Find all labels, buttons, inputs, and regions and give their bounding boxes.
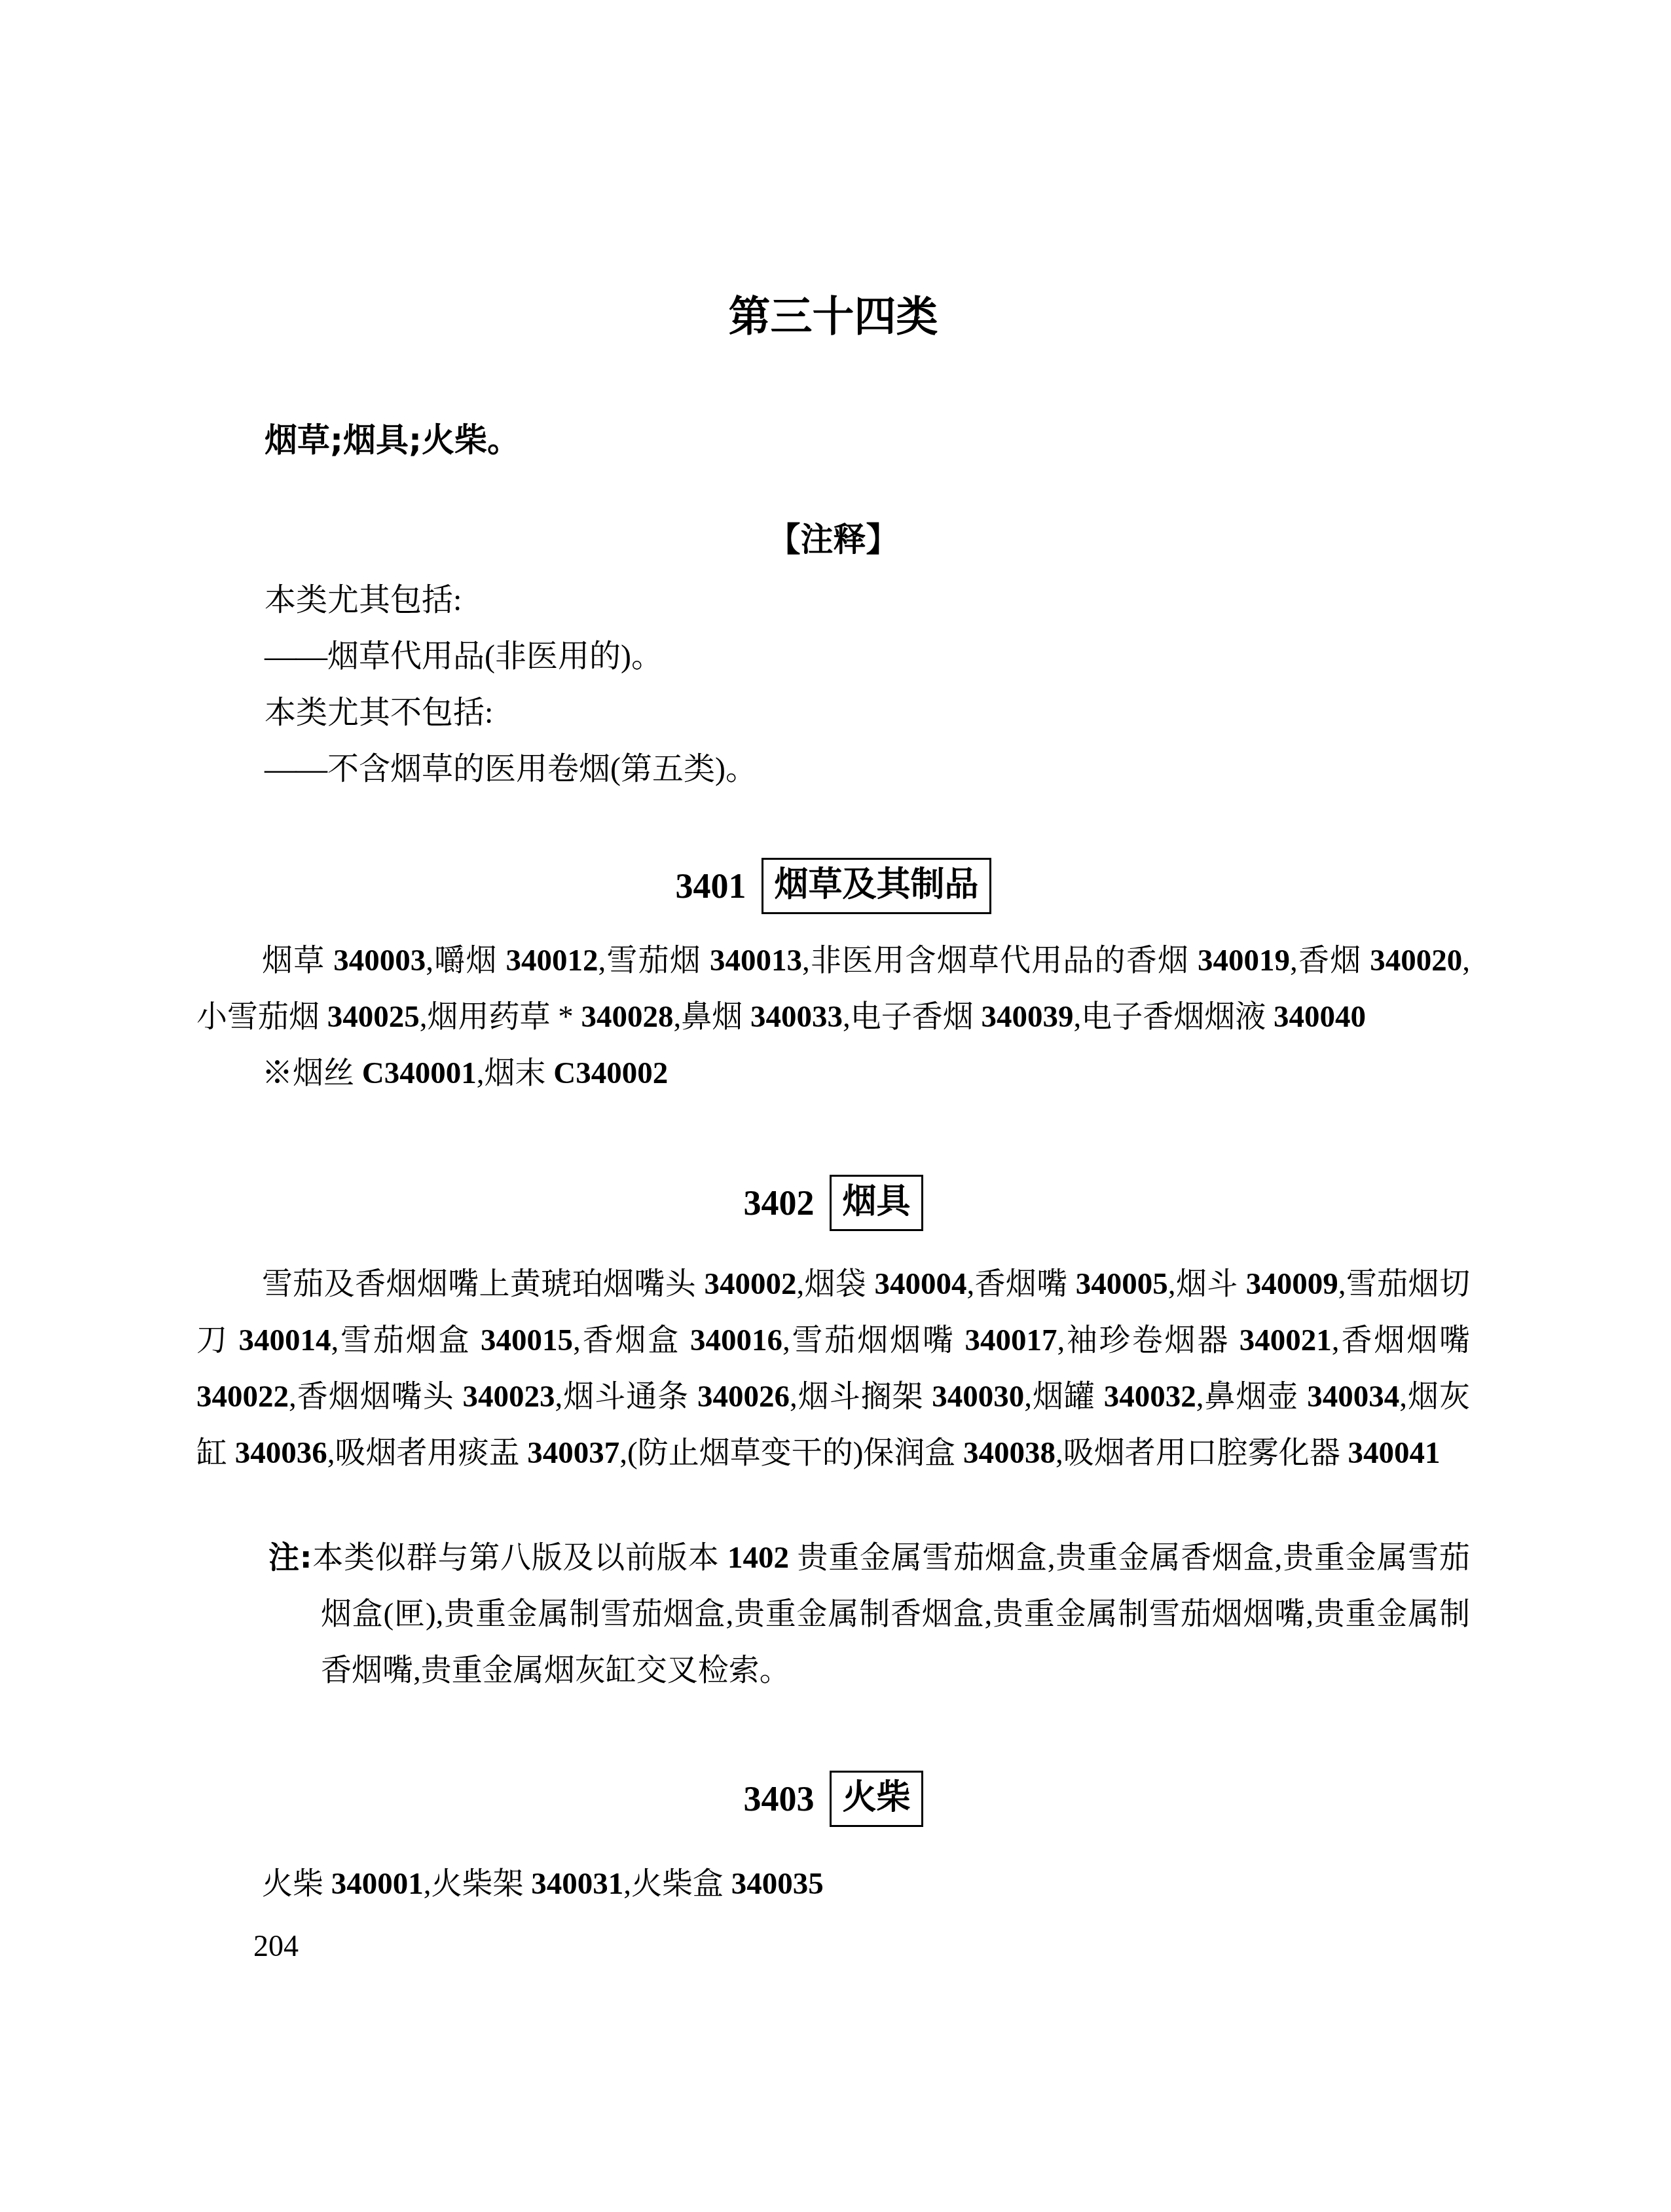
page-number: 204 (196, 1926, 1470, 1966)
note-line-includes-item: ——烟草代用品(非医用的)。 (196, 629, 1470, 685)
document-page: 第三十四类 烟草;烟具;火柴。 【注释】 本类尤其包括: ——烟草代用品(非医用… (0, 0, 1671, 2212)
cross-reference-note: 注:本类似群与第八版及以前版本 1402 贵重金属雪茄烟盒,贵重金属香烟盒,贵重… (196, 1530, 1470, 1699)
section-heading-3403: 3403 火柴 (196, 1771, 1470, 1827)
section-heading-3402: 3402 烟具 (196, 1175, 1470, 1231)
section-code-3402: 3402 (743, 1185, 814, 1221)
cross-reference-note-label: 注: (268, 1539, 312, 1576)
section-title-box-3403: 火柴 (830, 1771, 923, 1827)
cross-reference-note-text: 本类似群与第八版及以前版本 1402 贵重金属雪茄烟盒,贵重金属香烟盒,贵重金属… (312, 1541, 1470, 1687)
class-scope-heading: 烟草;烟具;火柴。 (196, 422, 1470, 458)
section-heading-3401: 3401 烟草及其制品 (196, 858, 1470, 914)
note-line-excludes-item: ——不含烟草的医用卷烟(第五类)。 (196, 741, 1470, 798)
section-code-3401: 3401 (675, 868, 746, 904)
note-line-excludes: 本类尤其不包括: (196, 685, 1470, 741)
notes-list: 本类尤其包括: ——烟草代用品(非医用的)。 本类尤其不包括: ——不含烟草的医… (196, 572, 1470, 798)
section-3401-c-items: ※烟丝 C340001,烟末 C340002 (196, 1045, 1470, 1101)
section-code-3403: 3403 (743, 1781, 814, 1816)
section-3403-items: 火柴 340001,火柴架 340031,火柴盒 340035 (196, 1856, 1470, 1912)
note-line-includes: 本类尤其包括: (196, 572, 1470, 629)
section-3402-items: 雪茄及香烟烟嘴上黄琥珀烟嘴头 340002,烟袋 340004,香烟嘴 3400… (196, 1256, 1470, 1481)
notes-header: 【注释】 (196, 521, 1470, 558)
section-title-box-3401: 烟草及其制品 (762, 858, 991, 914)
page-title: 第三十四类 (196, 0, 1470, 338)
section-3401-items: 烟草 340003,嚼烟 340012,雪茄烟 340013,非医用含烟草代用品… (196, 932, 1470, 1045)
section-title-box-3402: 烟具 (830, 1175, 923, 1231)
